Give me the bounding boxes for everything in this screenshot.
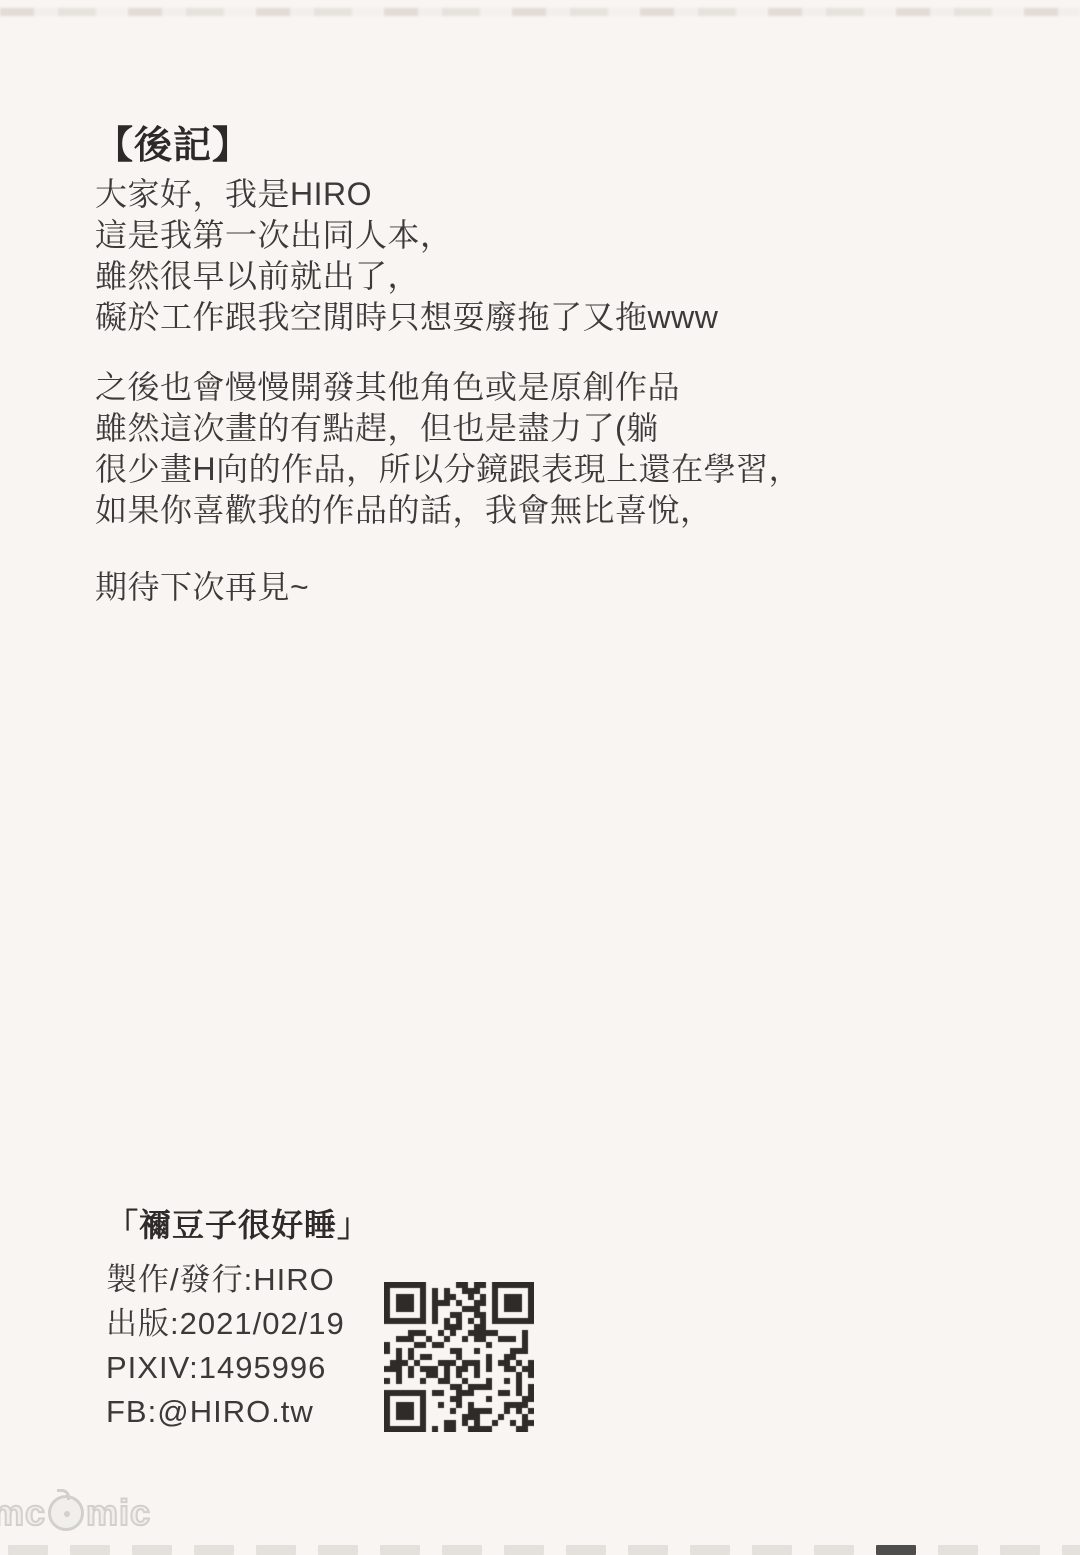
perforation-dash [318,1545,358,1555]
perforation-dash [442,1545,482,1555]
afterword-section: 【後記】 大家好，我是HIRO 這是我第一次出同人本， 雖然很早以前就出了， 礙… [95,122,975,608]
afterword-closing-line: 期待下次再見~ [95,567,975,608]
paragraph-gap [95,338,975,367]
book-title: 「禰豆子很好睡」 [106,1204,986,1246]
perforation-dash [194,1545,234,1555]
afterword-line: 雖然很早以前就出了， [95,256,975,297]
colophon-line: PIXIV:1495996 [106,1346,986,1390]
perforation-dash [752,1545,792,1555]
perforation-dash [938,1545,978,1555]
perforation-dash [70,1545,110,1555]
afterword-title: 【後記】 [95,122,975,170]
perforation-dash [1000,1545,1040,1555]
perforation-dash [876,1545,916,1555]
paragraph-gap [95,531,975,567]
watermark-text-left: mc [0,1492,46,1534]
afterword-line: 如果你喜歡我的作品的話，我會無比喜悅， [95,490,975,531]
afterword-line: 之後也會慢慢開發其他角色或是原創作品 [95,367,975,408]
afterword-line: 很少畫H向的作品，所以分鏡跟表現上還在學習， [95,449,975,490]
perforation-dash [1062,1545,1080,1555]
perforation-dash [566,1545,606,1555]
afterword-line: 雖然這次畫的有點趕，但也是盡力了(躺 [95,408,975,449]
perforation-dash [380,1545,420,1555]
perforation-dash [504,1545,544,1555]
colophon-section: 「禰豆子很好睡」 製作/發行:HIRO 出版:2021/02/19 PIXIV:… [106,1204,986,1434]
afterword-line: 礙於工作跟我空閒時只想耍廢拖了又拖www [95,297,975,338]
watermark-logo: mc mic [0,1490,151,1536]
perforation-dash [8,1545,48,1555]
watermark-text-right: mic [86,1492,151,1534]
afterword-line: 這是我第一次出同人本， [95,215,975,256]
footer-perforation [8,1545,1080,1555]
afterword-line: 大家好，我是HIRO [95,174,975,215]
colophon-line: FB:@HIRO.tw [106,1390,986,1434]
perforation-dash [132,1545,172,1555]
perforation-dash [814,1545,854,1555]
bomb-icon [48,1495,84,1531]
qr-code [384,1282,534,1432]
scanned-afterword-page: 【後記】 大家好，我是HIRO 這是我第一次出同人本， 雖然很早以前就出了， 礙… [0,0,1080,1555]
perforation-dash [628,1545,668,1555]
scanner-artifact-top [0,8,1080,16]
perforation-dash [256,1545,296,1555]
colophon-line: 製作/發行:HIRO [106,1258,986,1302]
colophon-line: 出版:2021/02/19 [106,1302,986,1346]
perforation-dash [690,1545,730,1555]
